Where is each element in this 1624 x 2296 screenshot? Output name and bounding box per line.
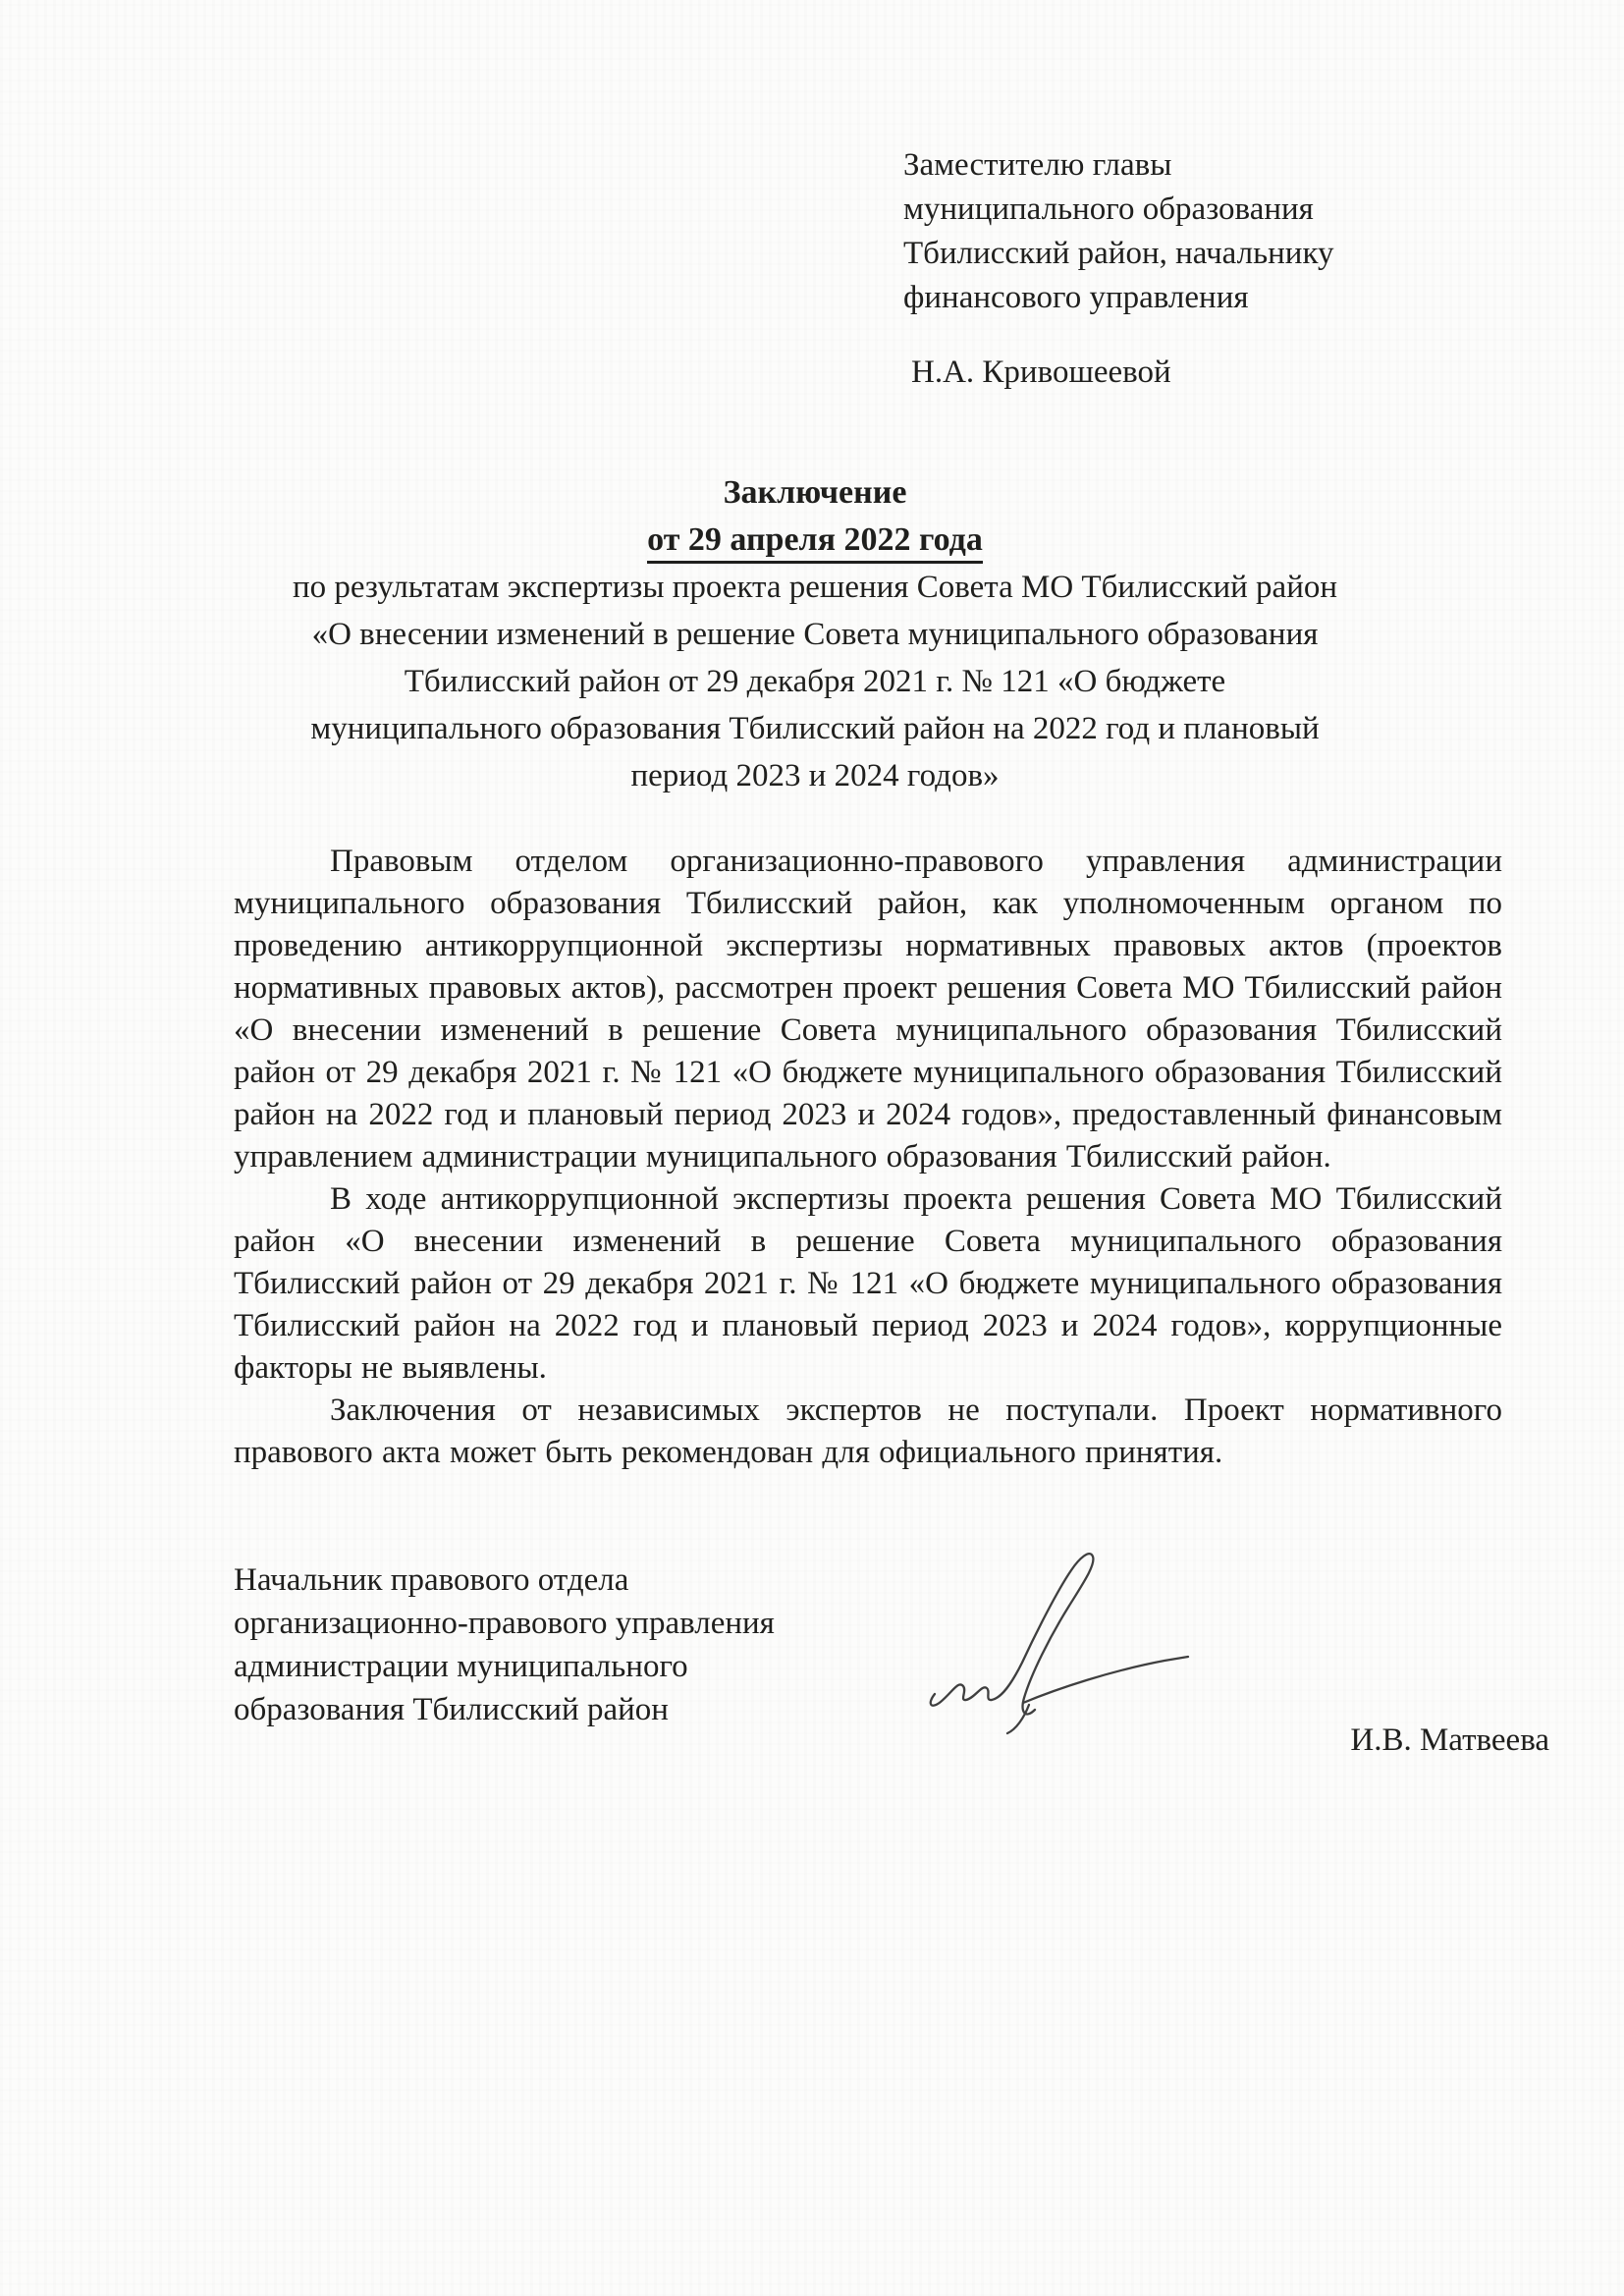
addressee-line: Тбилисский район, начальнику (903, 232, 1492, 276)
signoff-position-line: образования Тбилисский район (234, 1688, 842, 1731)
addressee-line: Заместителю главы (903, 143, 1492, 188)
handwritten-signature-icon (921, 1541, 1196, 1737)
body-paragraph: Правовым отделом организационно-правовог… (234, 841, 1502, 1178)
addressee-block: Заместителю главы муниципального образов… (903, 0, 1492, 395)
addressee-line: финансового управления (903, 276, 1492, 320)
subtitle-line: муниципального образования Тбилисский ра… (147, 705, 1483, 752)
subtitle-line: период 2023 и 2024 годов» (147, 752, 1483, 799)
scanned-document-page: Заместителю главы муниципального образов… (0, 0, 1624, 2296)
signoff-position-line: администрации муниципального (234, 1645, 842, 1688)
title-block: Заключение от 29 апреля 2022 года по рез… (147, 469, 1483, 799)
body-paragraph: В ходе антикоррупционной экспертизы прое… (234, 1178, 1502, 1390)
signature-block: Начальник правового отдела организационн… (234, 1558, 1549, 1765)
document-date-underlined: от 29 апреля 2022 года (647, 520, 983, 564)
signoff-name: И.В. Матвеева (1350, 1722, 1549, 1759)
subtitle-line: Тбилисский район от 29 декабря 2021 г. №… (147, 658, 1483, 705)
subtitle-line: по результатам экспертизы проекта решени… (147, 564, 1483, 611)
signoff-position: Начальник правового отдела организационн… (234, 1558, 842, 1731)
document-title: Заключение (147, 469, 1483, 517)
body-paragraph: Заключения от независимых экспертов не п… (234, 1390, 1502, 1474)
document-body: Правовым отделом организационно-правовог… (234, 841, 1502, 1474)
addressee-name: Н.А. Кривошеевой (911, 351, 1492, 395)
subtitle-line: «О внесении изменений в решение Совета м… (147, 611, 1483, 658)
signoff-position-line: Начальник правового отдела (234, 1558, 842, 1602)
addressee-line: муниципального образования (903, 188, 1492, 232)
document-date: от 29 апреля 2022 года (147, 517, 1483, 564)
signoff-position-line: организационно-правового управления (234, 1602, 842, 1645)
